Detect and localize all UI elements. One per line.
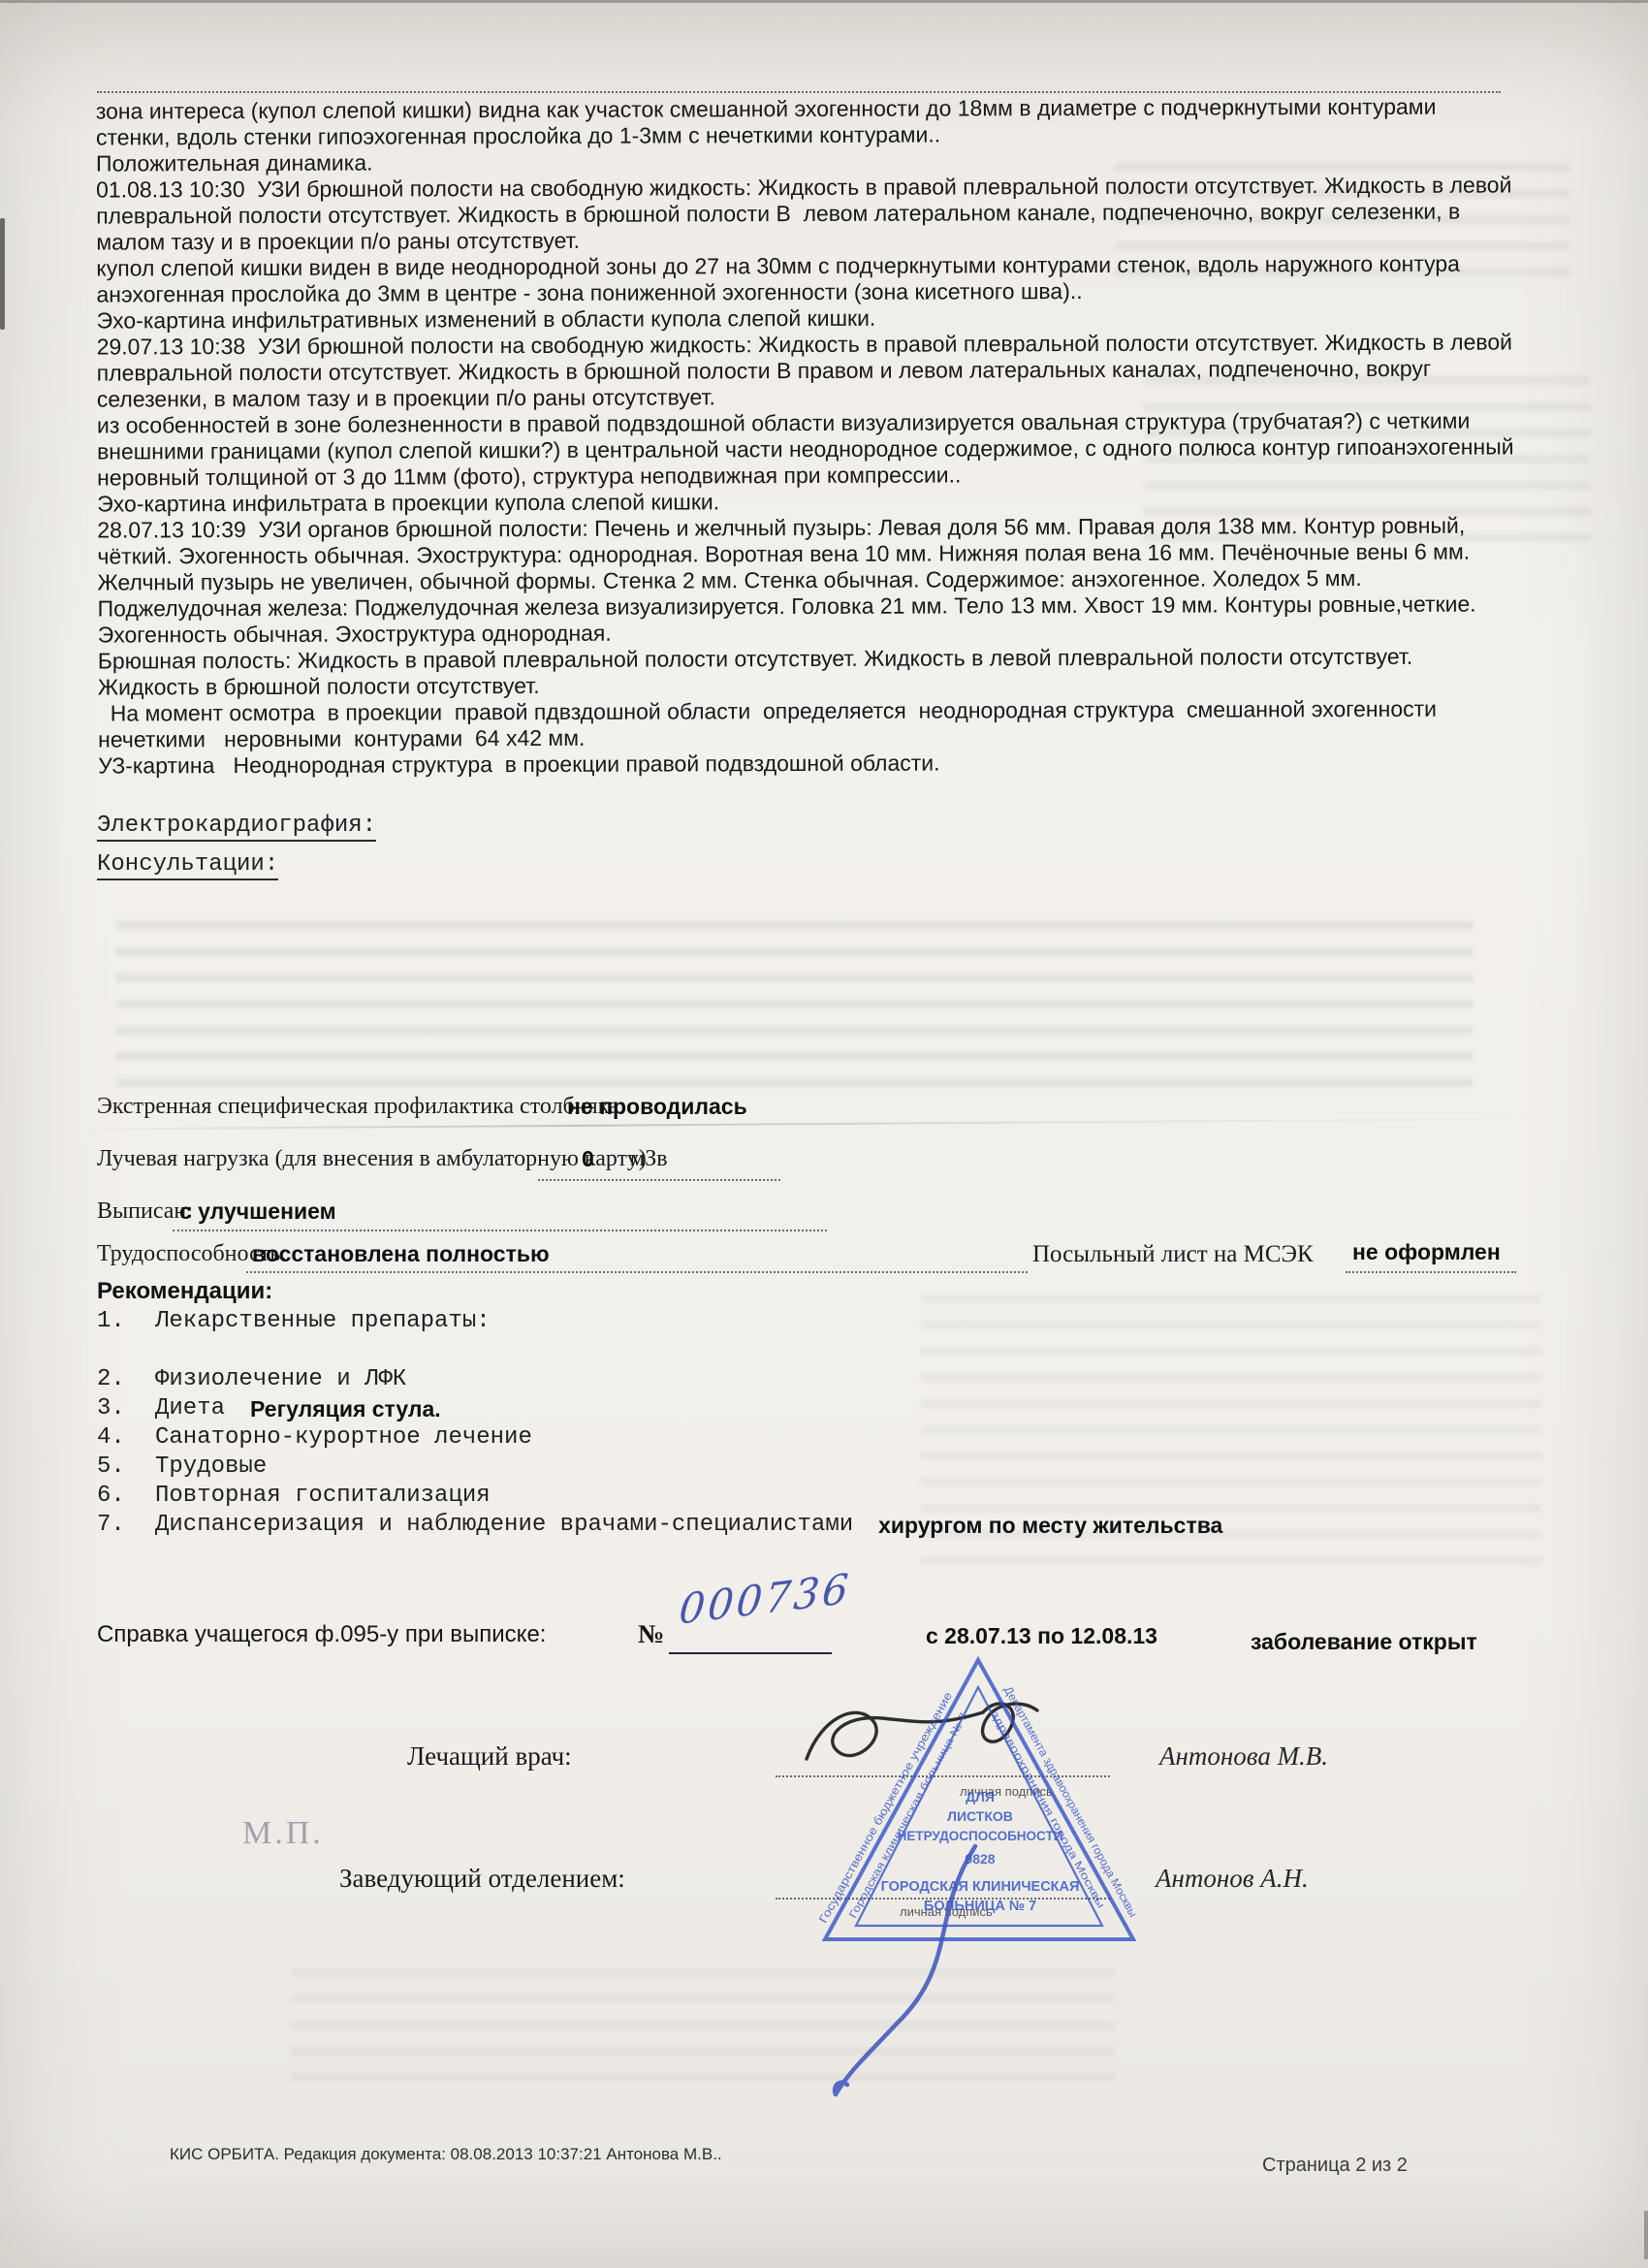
head-of-department-name: Антонов А.Н. [1156, 1864, 1309, 1894]
certificate-number-handwritten: 000736 [678, 1559, 894, 1634]
work-capacity-value: восстановлена полностью [252, 1241, 550, 1267]
item-number: 6. [97, 1482, 155, 1511]
item-text: Лекарственные препараты: [155, 1307, 491, 1336]
bleed-through-smudge [116, 921, 1474, 1091]
report-paragraph: зона интереса (купол слепой кишки) видна… [96, 93, 1513, 150]
ecg-heading: Электрокардиография: [97, 813, 376, 839]
scan-artifact [1644, 2211, 1648, 2259]
recommendation-item: 4. Санаторно-курортное лечение [97, 1423, 1309, 1453]
recommendation-item: 6. Повторная госпитализация [97, 1482, 1309, 1511]
item-text: Повторная госпитализация [155, 1482, 491, 1511]
tetanus-label: Экстренная специфическая профилактика ст… [97, 1094, 625, 1119]
report-paragraph: 01.08.13 10:30 УЗИ брюшной полости на св… [96, 172, 1513, 255]
recommendation-item: 7. Диспансеризация и наблюдение врачами-… [97, 1511, 1309, 1540]
signature-line [538, 1179, 780, 1181]
radiation-dose-row: Лучевая нагрузка (для внесения в амбулат… [97, 1146, 1551, 1191]
work-capacity-row: Трудоспособность: восстановлена полность… [97, 1241, 1551, 1286]
mp-seal-placeholder: М.П. [242, 1815, 324, 1852]
sick-leave-period: с 28.07.13 по 12.08.13 [926, 1623, 1157, 1649]
section-divider [97, 91, 1501, 93]
item-number: 4. [97, 1423, 155, 1453]
discharge-value: с улучшением [179, 1198, 336, 1225]
radiation-unit: мЗв [630, 1146, 668, 1172]
report-paragraph: На момент осмотра в проекции правой пдвз… [98, 695, 1515, 752]
item-handwritten-note: хирургом по месту жительства [878, 1511, 1222, 1540]
report-paragraph: Брюшная полость: Жидкость в правой плевр… [98, 643, 1515, 700]
msek-referral-label: Посыльный лист на МСЭК [1032, 1241, 1314, 1268]
item-number: 1. [97, 1307, 155, 1336]
report-paragraph: 29.07.13 10:38 УЗИ брюшной полости на св… [97, 329, 1514, 412]
attending-doctor-name: Антонова М.В. [1159, 1741, 1328, 1772]
certificate-number-line [669, 1652, 832, 1654]
item-number: 2. [97, 1365, 155, 1394]
certificate-label: Справка учащегося ф.095-у при выписке: [97, 1621, 546, 1647]
item-text: Диспансеризация и наблюдение врачами-спе… [155, 1511, 853, 1540]
svg-text:ЛИСТКОВ: ЛИСТКОВ [947, 1808, 1013, 1824]
consultations-heading: Консультации: [97, 851, 278, 878]
recommendation-item: 3. Диета Регуляция стула. [97, 1394, 1309, 1423]
item-text: Санаторно-курортное лечение [155, 1423, 532, 1453]
svg-text:ДЛЯ: ДЛЯ [966, 1789, 995, 1805]
item-handwritten-note: Регуляция стула. [250, 1394, 441, 1423]
report-paragraph: Поджелудочная железа: Поджелудочная желе… [98, 591, 1515, 648]
item-text: Трудовые [155, 1453, 267, 1482]
report-paragraph: УЗ-картина Неоднородная структура в прое… [98, 748, 1515, 779]
scanner-edge [0, 0, 1648, 3]
attending-doctor-label: Лечащий врач: [407, 1741, 572, 1772]
report-paragraph: 28.07.13 10:39 УЗИ органов брюшной полос… [97, 512, 1514, 595]
item-text: Физиолечение и ЛФК [155, 1365, 406, 1394]
recommendation-item: 2. Физиолечение и ЛФК [97, 1365, 1309, 1394]
ultrasound-report-text: зона интереса (купол слепой кишки) видна… [96, 93, 1515, 779]
pen-flourish-stroke [803, 1840, 1055, 2102]
tetanus-prophylaxis-row: Экстренная специфическая профилактика ст… [97, 1094, 1551, 1138]
scanned-discharge-summary-page: зона интереса (купол слепой кишки) видна… [0, 0, 1648, 2268]
item-number: 3. [97, 1394, 155, 1423]
radiation-value: 0 [582, 1146, 594, 1172]
item-text: Диета [155, 1394, 225, 1423]
signature-line [1346, 1271, 1516, 1273]
report-paragraph: из особенностей в зоне болезненности в п… [97, 407, 1514, 491]
illness-status: заболевание открыт [1251, 1629, 1477, 1655]
recommendation-item: 1. Лекарственные препараты: [97, 1307, 1309, 1336]
tetanus-value: не проводилась [567, 1094, 747, 1120]
discharge-status-row: Выписан: с улучшением [97, 1198, 1551, 1243]
radiation-label: Лучевая нагрузка (для внесения в амбулат… [97, 1146, 647, 1171]
page-number: Страница 2 из 2 [1262, 2155, 1408, 2177]
scan-artifact [0, 218, 5, 330]
item-number: 7. [97, 1511, 155, 1540]
report-paragraph: купол слепой кишки виден в виде неодноро… [96, 250, 1513, 307]
recommendation-item: 5. Трудовые [97, 1453, 1309, 1482]
msek-referral-value: не оформлен [1352, 1239, 1501, 1265]
signature-line [246, 1271, 1028, 1273]
recommendations-title: Рекомендации: [97, 1278, 272, 1305]
head-of-department-label: Заведующий отделением: [339, 1864, 625, 1894]
item-number: 5. [97, 1453, 155, 1482]
recommendations-list: 1. Лекарственные препараты: 2. Физиолече… [97, 1307, 1309, 1540]
certificate-number-sign: № [638, 1619, 664, 1649]
document-edit-info: КИС ОРБИТА. Редакция документа: 08.08.20… [170, 2145, 722, 2164]
signature-line [173, 1230, 827, 1231]
